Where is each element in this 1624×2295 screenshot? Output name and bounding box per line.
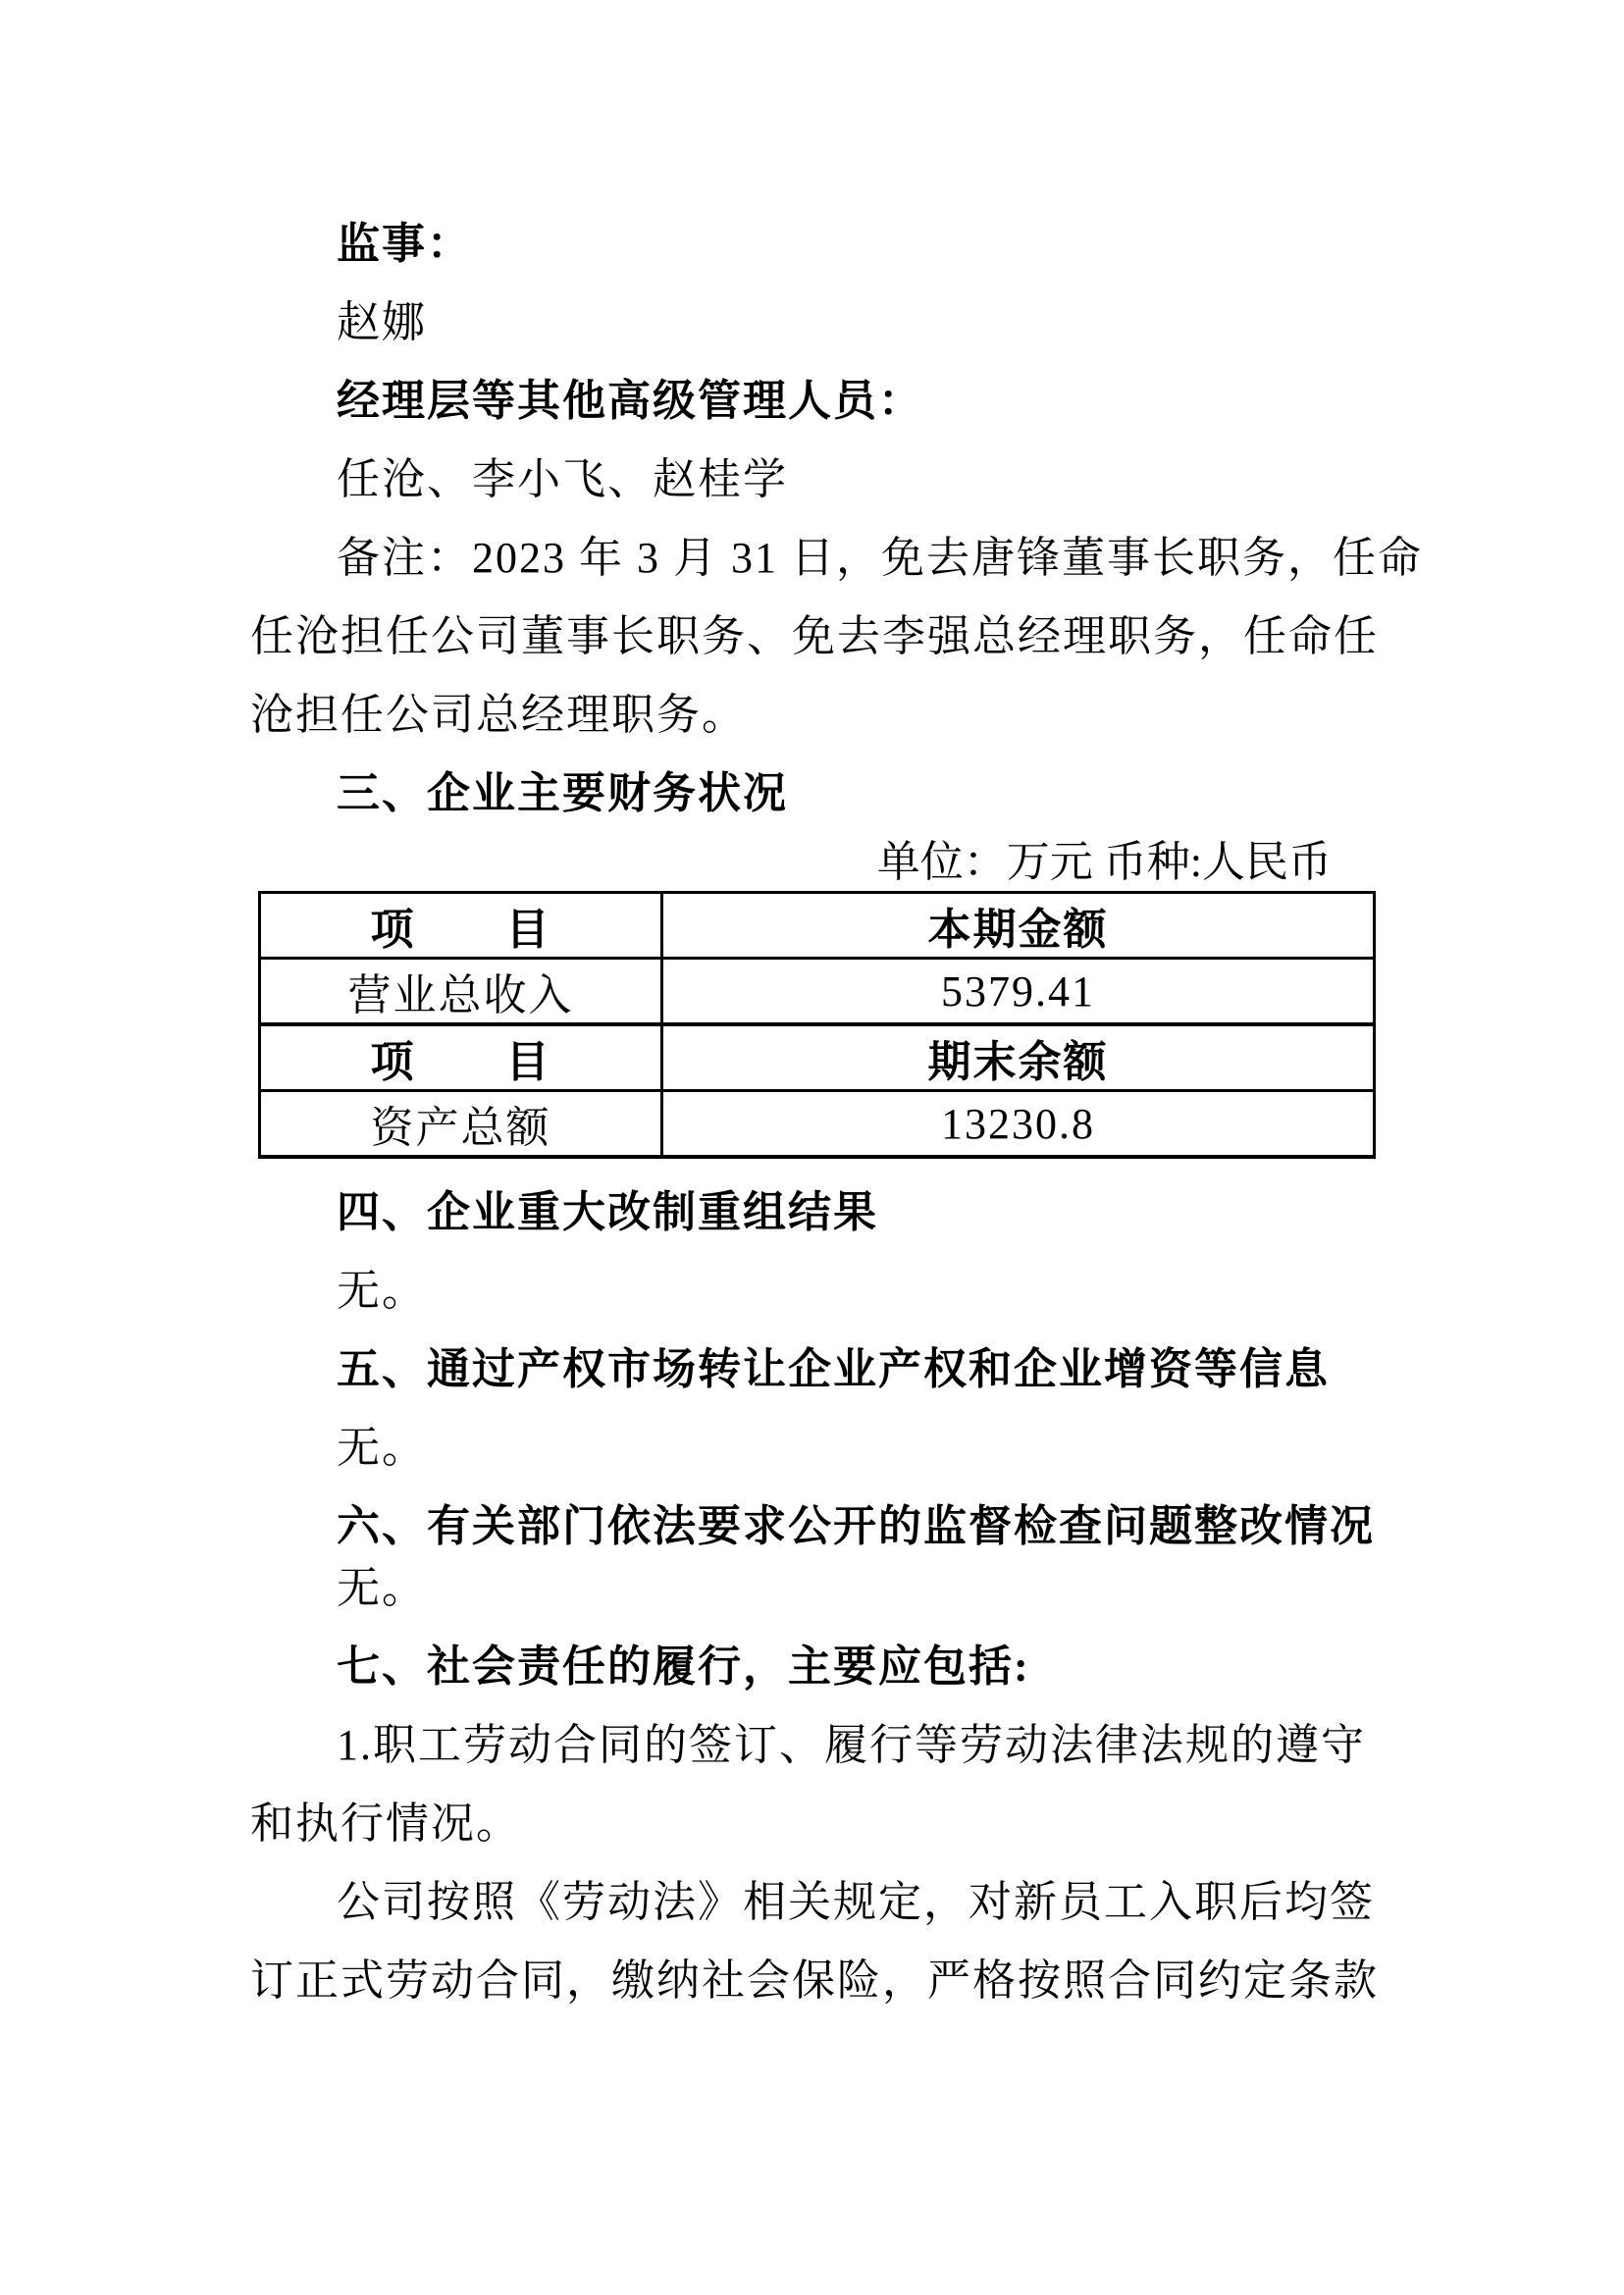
remark-line-2: 任沧担任公司董事长职务、免去李强总经理职务，任命任	[250, 598, 1376, 676]
section3-heading: 三、企业主要财务状况	[250, 755, 1376, 833]
section7-heading: 七、社会责任的履行，主要应包括:	[250, 1628, 1376, 1706]
managers-heading: 经理层等其他高级管理人员：	[250, 362, 1376, 441]
section4-heading: 四、企业重大改制重组结果	[250, 1174, 1376, 1252]
manager-names: 任沧、李小飞、赵桂学	[250, 441, 1376, 519]
item-header-cell: 项 目	[260, 1024, 662, 1091]
section7-item1-line-1: 1.职工劳动合同的签订、履行等劳动法律法规的遵守	[250, 1706, 1376, 1785]
total-assets-label-cell: 资产总额	[260, 1091, 662, 1158]
remark-line-3: 沧担任公司总经理职务。	[250, 676, 1376, 755]
current-amount-header-cell: 本期金额	[662, 893, 1375, 959]
revenue-label-cell: 营业总收入	[260, 959, 662, 1025]
financial-table: 项 目 本期金额 营业总收入 5379.41 项 目 期末余额 资产总额 132…	[258, 891, 1376, 1159]
section5-content: 无。	[250, 1409, 1376, 1487]
revenue-value-cell: 5379.41	[662, 959, 1375, 1025]
table-row: 资产总额 13230.8	[260, 1091, 1375, 1158]
table-header-row: 项 目 本期金额	[260, 893, 1375, 959]
document-page: 监事： 赵娜 经理层等其他高级管理人员： 任沧、李小飞、赵桂学 备注：2023 …	[0, 0, 1624, 2295]
supervisor-name: 赵娜	[250, 284, 1376, 362]
ending-balance-header-cell: 期末余额	[662, 1024, 1375, 1091]
supervisors-heading: 监事：	[250, 205, 1376, 284]
section5-heading: 五、通过产权市场转让企业产权和企业增资等信息	[250, 1330, 1376, 1409]
table-header-row: 项 目 期末余额	[260, 1024, 1375, 1091]
table-row: 营业总收入 5379.41	[260, 959, 1375, 1025]
section4-content: 无。	[250, 1252, 1376, 1330]
section7-item1-line-2: 和执行情况。	[250, 1785, 1376, 1863]
section7-paragraph-line-2: 订正式劳动合同，缴纳社会保险，严格按照合同约定条款	[250, 1942, 1376, 2020]
document-content: 监事： 赵娜 经理层等其他高级管理人员： 任沧、李小飞、赵桂学 备注：2023 …	[250, 0, 1376, 2020]
item-header-cell: 项 目	[260, 893, 662, 959]
remark-line-1: 备注：2023 年 3 月 31 日，免去唐锋董事长职务，任命	[250, 519, 1376, 598]
total-assets-value-cell: 13230.8	[662, 1091, 1375, 1158]
unit-currency-note: 单位：万元 币种:人民币	[250, 833, 1376, 891]
section7-paragraph-line-1: 公司按照《劳动法》相关规定，对新员工入职后均签	[250, 1863, 1376, 1942]
